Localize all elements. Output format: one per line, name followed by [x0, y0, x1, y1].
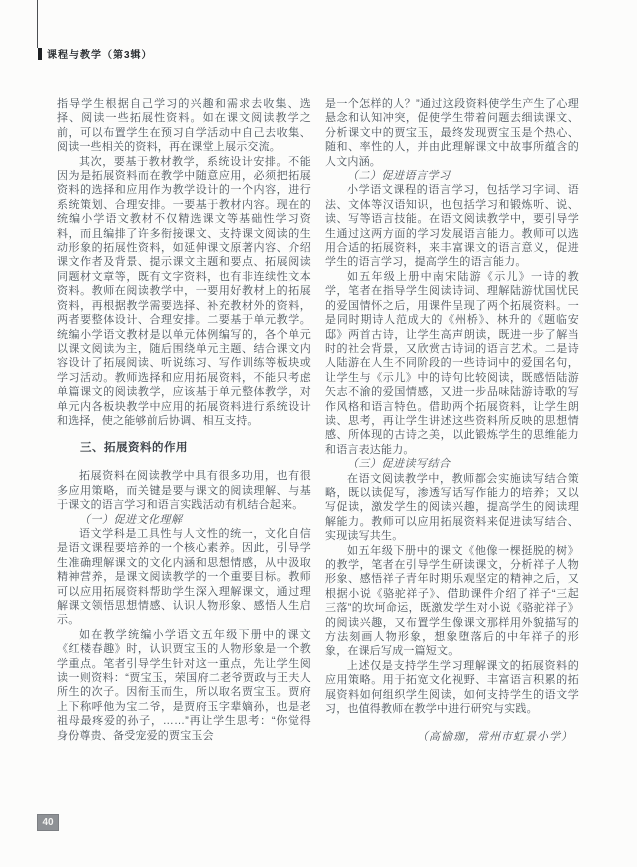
paragraph: 上述仅是支持学生学习理解课文的拓展资料的应用策略。用于拓宽文化视野、丰富语言积累… [325, 659, 579, 717]
paragraph: 如五年级下册中的课文《他像一棵挺脱的树》的教学，笔者在引导学生研读课文，分析祥子… [325, 544, 579, 659]
author-attribution: （高愉珈，常州市虹景小学） [325, 730, 579, 744]
header-bar-icon [38, 48, 42, 60]
right-column: 是一个怎样的人？”通过这段资料使学生产生了心理悬念和认知冲突，促使学生带着问题去… [325, 97, 579, 745]
paragraph: 指导学生根据自己学习的兴趣和需求去收集、选择、阅读一些拓展性资料。如在课文阅读教… [57, 97, 311, 155]
paragraph: 其次，要基于教材教学，系统设计安排。不能因为是拓展资料而在教学中随意应用，必须把… [57, 155, 311, 429]
paragraph: 如在教学统编小学语文五年级下册中的课文《红楼春趣》时，认识贾宝玉的人物形象是一个… [57, 628, 311, 743]
page-number-badge: 40 [37, 814, 59, 831]
paragraph: 在语文阅读教学中，教师都会实施读写结合策略，既以读促写，渗透写话写作能力的培养；… [325, 472, 579, 544]
top-margin-rule [37, 0, 38, 48]
paragraph: 小学语文课程的语言学习，包括学习字词、语法、文体等汉语知识，也包括学习和锻炼听、… [325, 183, 579, 269]
paragraph: 拓展资料在阅读教学中具有很多功用，也有很多应用策略，而关键是要与课文的阅读理解、… [57, 469, 311, 512]
running-head: 课程与教学（第3辑） [38, 46, 153, 61]
article-body: 指导学生根据自己学习的兴趣和需求去收集、选择、阅读一些拓展性资料。如在课文阅读教… [57, 97, 579, 745]
book-title: 课程与教学（第3辑） [47, 46, 153, 61]
subsection-heading: （三）促进读写结合 [325, 457, 579, 471]
paragraph: 是一个怎样的人？”通过这段资料使学生产生了心理悬念和认知冲突，促使学生带着问题去… [325, 97, 579, 169]
subsection-heading: （二）促进语言学习 [325, 169, 579, 183]
section-heading: 三、拓展资料的作用 [57, 441, 311, 456]
paragraph: 如五年级上册中南宋陆游《示儿》一诗的教学，笔者在指导学生阅读诗词、理解陆游忧国忧… [325, 270, 579, 457]
left-column: 指导学生根据自己学习的兴趣和需求去收集、选择、阅读一些拓展性资料。如在课文阅读教… [57, 97, 311, 745]
paragraph: 语文学科是工具性与人文性的统一，文化自信是语文课程要培养的一个核心素养。因此，引… [57, 527, 311, 628]
book-page: 课程与教学（第3辑） 指导学生根据自己学习的兴趣和需求去收集、选择、阅读一些拓展… [0, 0, 637, 867]
subsection-heading: （一）促进文化理解 [57, 513, 311, 527]
